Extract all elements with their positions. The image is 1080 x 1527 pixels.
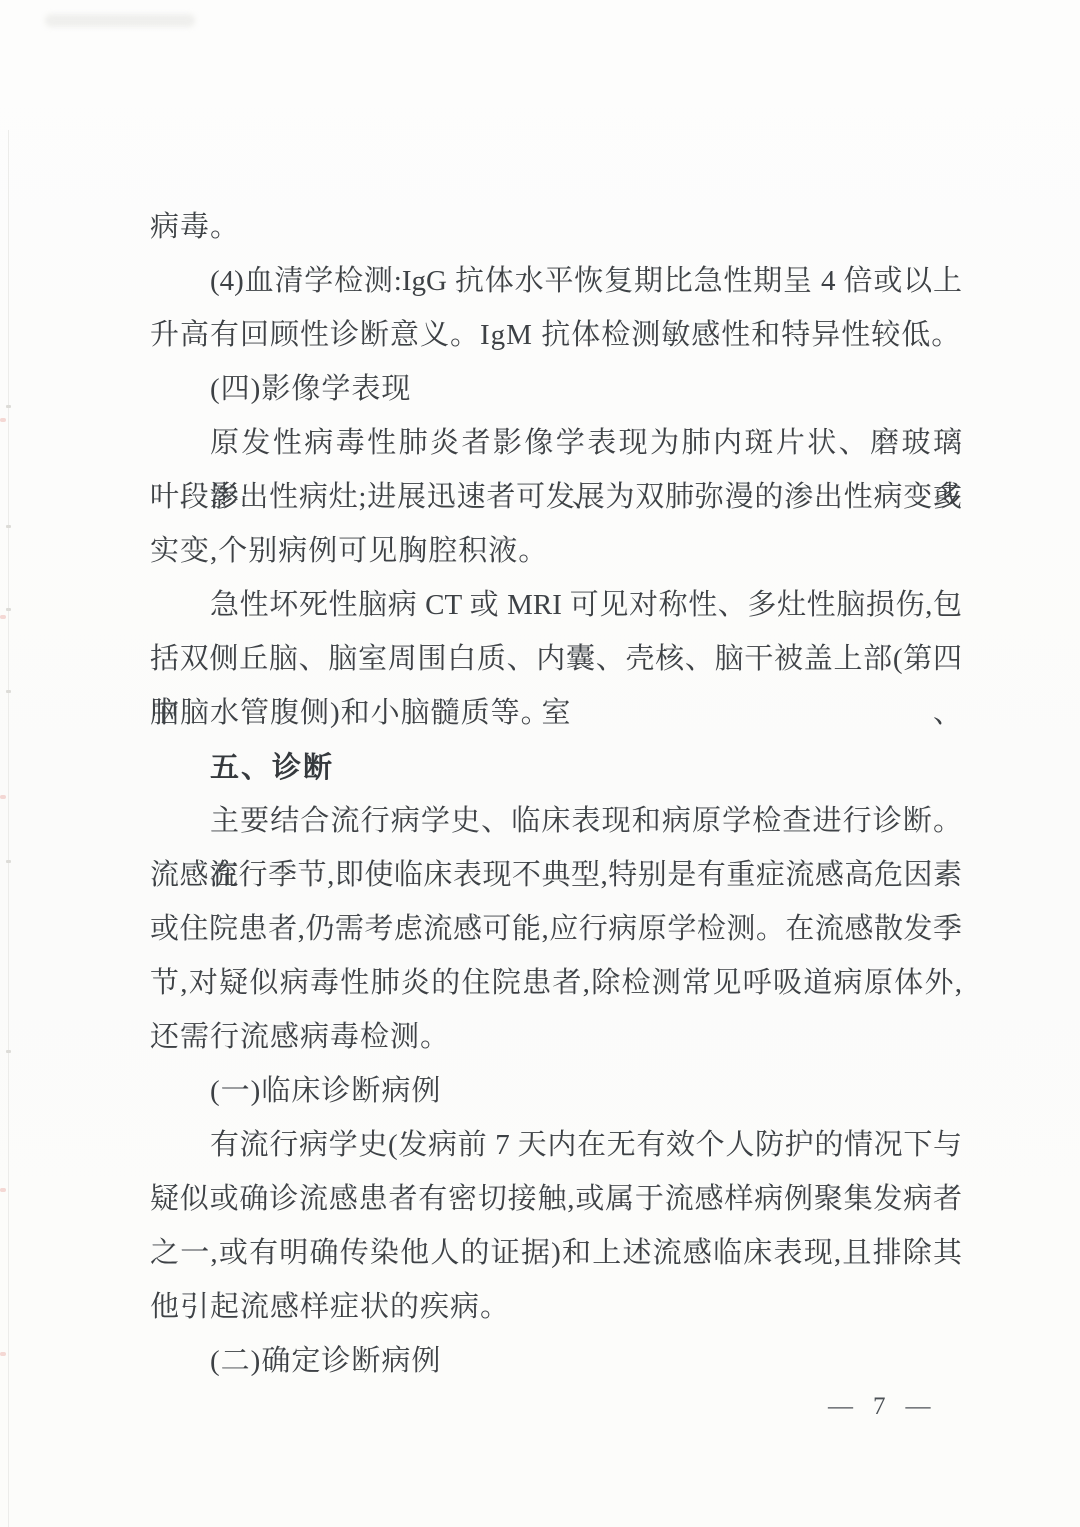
body-line: 他引起流感样症状的疾病。 (150, 1280, 962, 1334)
body-line: 升高有回顾性诊断意义。IgM 抗体检测敏感性和特异性较低。 (150, 308, 962, 362)
body-line: 主要结合流行病学史、临床表现和病原学检查进行诊断。在 (150, 794, 962, 848)
scan-edge-tick (6, 525, 11, 528)
scan-edge-tick (6, 1050, 11, 1053)
scan-pink-tick (0, 615, 6, 619)
scan-edge-tick (6, 608, 11, 611)
body-line: 或住院患者,仍需考虑流感可能,应行病原学检测。在流感散发季 (150, 902, 962, 956)
scan-pink-tick (0, 418, 6, 422)
scan-pink-tick (0, 1352, 6, 1356)
body-line: 有流行病学史(发病前 7 天内在无有效个人防护的情况下与 (150, 1118, 962, 1172)
subsection-heading: (一)临床诊断病例 (150, 1064, 962, 1118)
document-page: 病毒。 (4)血清学检测:IgG 抗体水平恢复期比急性期呈 4 倍或以上 升高有… (0, 0, 1080, 1527)
body-line: 流感流行季节,即使临床表现不典型,特别是有重症流感高危因素 (150, 848, 962, 902)
page-number: — 7 — (828, 1393, 931, 1421)
page-number-dash-right: — (906, 1393, 931, 1421)
body-line: 节,对疑似病毒性肺炎的住院患者,除检测常见呼吸道病原体外, (150, 956, 962, 1010)
subsection-heading: (二)确定诊断病例 (150, 1334, 962, 1388)
document-body: 病毒。 (4)血清学检测:IgG 抗体水平恢复期比急性期呈 4 倍或以上 升高有… (150, 200, 962, 1388)
body-line: 还需行流感病毒检测。 (150, 1010, 962, 1064)
section-heading: 五、诊断 (150, 740, 962, 794)
body-line: 原发性病毒性肺炎者影像学表现为肺内斑片状、磨玻璃影、多 (150, 416, 962, 470)
scan-smudge (45, 14, 195, 27)
scan-edge-tick (6, 860, 11, 863)
body-line: (4)血清学检测:IgG 抗体水平恢复期比急性期呈 4 倍或以上 (150, 254, 962, 308)
scan-edge-tick (6, 690, 11, 693)
page-number-dash-left: — (828, 1393, 853, 1421)
body-line: 疑似或确诊流感患者有密切接触,或属于流感样病例聚集发病者 (150, 1172, 962, 1226)
subsection-heading: (四)影像学表现 (150, 362, 962, 416)
scan-edge-line (8, 130, 9, 1527)
scan-pink-tick (0, 795, 6, 799)
body-line: 括双侧丘脑、脑室周围白质、内囊、壳核、脑干被盖上部(第四脑室、 (150, 632, 962, 686)
scan-edge-tick (6, 405, 11, 408)
body-line: 之一,或有明确传染他人的证据)和上述流感临床表现,且排除其 (150, 1226, 962, 1280)
body-line: 病毒。 (150, 200, 962, 254)
body-line: 叶段渗出性病灶;进展迅速者可发展为双肺弥漫的渗出性病变或 (150, 470, 962, 524)
body-line: 急性坏死性脑病 CT 或 MRI 可见对称性、多灶性脑损伤,包 (150, 578, 962, 632)
scan-pink-tick (0, 1188, 6, 1192)
page-number-value: 7 (873, 1393, 886, 1421)
body-line: 实变,个别病例可见胸腔积液。 (150, 524, 962, 578)
